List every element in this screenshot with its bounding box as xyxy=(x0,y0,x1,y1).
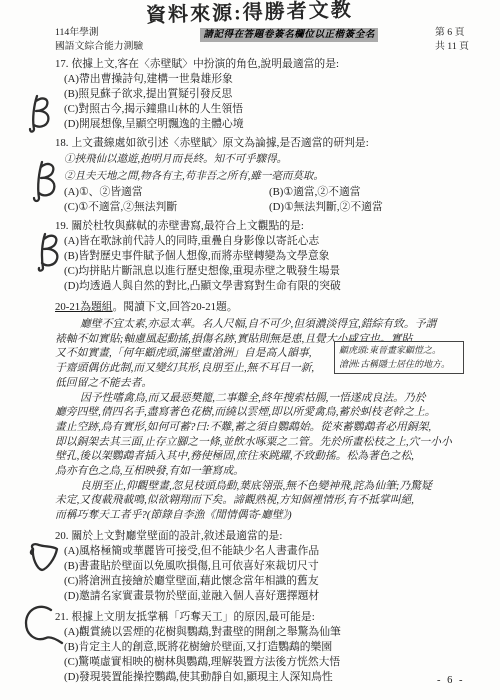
options: (A)皆在歌詠前代詩人的同時,重疊自身影像以寄託心志 (B)皆對歷史事件賦予個人… xyxy=(55,234,469,294)
page-header: 114年學測 國語文綜合能力測驗 請記得在答題卷簽名欄位以正楷簽全名 第 6 頁… xyxy=(55,26,469,53)
question-text: 上文畫線處如欲引述〈赤壁賦〉原文為論據,是否適當的研判是: xyxy=(72,137,369,149)
option-c: (C)①不適當,②無法判斷 xyxy=(64,200,269,215)
passage-line: 未定,又復載飛載鳴,似欲翱翔而下矣。諦觀熟視,方知個裡情形,有不抵掌叫絕, xyxy=(55,493,469,508)
question-18: 18.上文畫線處如欲引述〈赤壁賦〉原文為論據,是否適當的研判是: ①挾飛仙以遨遊… xyxy=(55,136,469,215)
question-number: 17. xyxy=(55,58,69,70)
option-d: (D)均透過人與自然的對比,凸顯文學書寫對生命有限的突破 xyxy=(64,279,469,294)
options: (A)觀賞繞以雲煙的花樹與鸚鵡,對畫壁的開創之舉驚為仙筆 (B)肯定主人的創意,… xyxy=(55,625,469,685)
passage-line: 廳旁四壁,倩四名手,盡寫著色花樹,而繞以雲煙,即以所愛禽鳥,蓄於虯枝老幹之上。 xyxy=(55,405,469,420)
question-stem: 21.根據上文朋友抵掌稱「巧奪天工」的原因,最可能是: xyxy=(55,610,469,625)
page-count: 第 6 頁 共 11 頁 xyxy=(435,26,469,53)
question-text: 根據上文朋友抵掌稱「巧奪天工」的原因,最可能是: xyxy=(72,611,315,623)
question-group-header: 20-21為題組。閱讀下文,回答20-21題。 xyxy=(55,300,469,315)
question-stem: 20.關於上文對廳堂壁面的設計,敘述最適當的是: xyxy=(55,529,469,544)
passage-line: 低回留之不能去者。 xyxy=(55,376,469,391)
signature-notice: 請記得在答題卷簽名欄位以正楷簽全名 xyxy=(200,28,378,42)
exam-year: 114年學測 xyxy=(55,26,143,40)
scanned-exam-page: 資料來源:得勝者文教 114年學測 國語文綜合能力測驗 請記得在答題卷簽名欄位以… xyxy=(0,0,500,700)
question-17: 17.依據上文,客在〈赤壁賦〉中扮演的角色,說明最適當的是: (A)帶出曹操詩句… xyxy=(55,57,469,132)
handwritten-answer-q19-B xyxy=(34,230,66,274)
question-number: 18. xyxy=(55,137,69,149)
option-c: (C)對照古今,揭示鐘鼎山林的人生領悟 xyxy=(64,102,469,117)
option-d: (D)開展想像,呈顯空明飄逸的主體心境 xyxy=(64,117,469,132)
question-text: 關於上文對廳堂壁面的設計,敘述最適當的是: xyxy=(72,530,283,542)
option-a: (A)風格極簡或華麗皆可接受,但不能缺少名人書畫作品 xyxy=(64,544,469,559)
question-19: 19.關於杜牧與蘇軾的赤壁書寫,最符合上文觀點的是: (A)皆在歌詠前代詩人的同… xyxy=(55,219,469,294)
handwritten-answer-q21-C xyxy=(20,603,64,649)
options: (A)帶出曹操詩句,建構一世梟雄形象 (B)照見蘇子欲求,提出質疑引發反思 (C… xyxy=(55,72,469,132)
question-text: 依據上文,客在〈赤壁賦〉中扮演的角色,說明最適當的是: xyxy=(72,58,340,70)
question-stem: 18.上文畫線處如欲引述〈赤壁賦〉原文為論據,是否適當的研判是: xyxy=(55,136,469,151)
group-instruction: 。閱讀下文,回答20-21題。 xyxy=(113,301,238,313)
group-label: 20-21為題組 xyxy=(55,301,113,313)
quoted-passages: ①挾飛仙以遨遊,抱明月而長終。知不可乎驟得。 ②且夫天地之間,物各有主,苟非吾之… xyxy=(55,151,469,185)
option-b: (B)①適當,②不適當 xyxy=(269,185,469,200)
options: (A)風格極簡或華麗皆可接受,但不能缺少名人書畫作品 (B)書畫貼於壁面以免風吹… xyxy=(55,544,469,604)
question-stem: 17.依據上文,客在〈赤壁賦〉中扮演的角色,說明最適當的是: xyxy=(55,57,469,72)
option-a: (A)觀賞繞以雲煙的花樹與鸚鵡,對畫壁的開創之舉驚為仙筆 xyxy=(64,625,469,640)
quote-1: ①挾飛仙以遨遊,抱明月而長終。知不可乎驟得。 xyxy=(64,151,469,168)
question-stem: 19.關於杜牧與蘇軾的赤壁書寫,最符合上文觀點的是: xyxy=(55,219,469,234)
handwritten-source-note: 資料來源:得勝者文教 xyxy=(146,0,353,28)
option-d: (D)發現裝置能操控鸚鵡,使其動靜自如,顯現主人深知鳥性 xyxy=(64,670,469,685)
option-b: (B)書畫貼於壁面以免風吹損傷,且可依喜好來裁切尺寸 xyxy=(64,559,469,574)
page-number-footer: - 6 - xyxy=(437,675,465,686)
option-a: (A)①、②皆適當 xyxy=(64,185,269,200)
option-b: (B)肯定主人的創意,既將花樹繪於壁面,又打造鸚鵡的樂園 xyxy=(64,640,469,655)
question-text: 關於杜牧與蘇軾的赤壁書寫,最符合上文觀點的是: xyxy=(72,220,304,232)
passage-line: 即以銅架去其三面,止存立腳之一條,並飲水啄粟之二管。先於所畫松枝之上,穴一小小 xyxy=(55,435,469,450)
question-21: 21.根據上文朋友抵掌稱「巧奪天工」的原因,最可能是: (A)觀賞繞以雲煙的花樹… xyxy=(55,610,469,685)
exam-subject: 國語文綜合能力測驗 xyxy=(55,40,143,54)
passage-line: 廳壁不宜太素,亦忌太華。名人尺幅,自不可少,但須濃淡得宜,錯綜有致。予謂 xyxy=(55,317,469,332)
option-b: (B)照見蘇子欲求,提出質疑引發反思 xyxy=(64,87,469,102)
handwritten-answer-q17-B xyxy=(26,93,56,133)
passage-line: 良朋至止,仰觀壁畫,忽見枝頭鳥動,葉底翎張,無不色變神飛,詫為仙筆;乃驚疑 xyxy=(55,479,469,494)
option-d: (D)①無法判斷,②不適當 xyxy=(269,200,469,215)
passage-gloss-box: 顧虎頭:東晉畫家顧愷之。 滄洲:古稱隱士居住的地方。 xyxy=(334,341,464,374)
option-c: (C)驚嘆虛實相映的樹林與鸚鵡,理解裝置方法後方恍然大悟 xyxy=(64,655,469,670)
exam-title-block: 114年學測 國語文綜合能力測驗 xyxy=(55,26,143,53)
option-a: (A)皆在歌詠前代詩人的同時,重疊自身影像以寄託心志 xyxy=(64,234,469,249)
option-c: (C)將滄洲直接繪於廳堂壁面,藉此懷念當年相識的舊友 xyxy=(64,574,469,589)
gloss-line-1: 顧虎頭:東晉畫家顧愷之。 xyxy=(339,344,459,358)
option-d: (D)邀請名家實畫景物於壁面,並融入個人喜好選擇題材 xyxy=(64,589,469,604)
option-b: (B)皆對歷史事件賦予個人想像,而將赤壁轉變為文學意象 xyxy=(64,249,469,264)
question-20: 20.關於上文對廳堂壁面的設計,敘述最適當的是: (A)風格極簡或華麗皆可接受,… xyxy=(55,529,469,604)
passage-line: 畫止空跡,鳥有實形,如何可蓄?曰:不難,蓄之須自鸚鵡始。從來蓄鸚鵡者必用銅架, xyxy=(55,420,469,435)
handwritten-answer-q18-B xyxy=(30,158,64,204)
quote-2: ②且夫天地之間,物各有主,苟非吾之所有,雖一毫而莫取。 xyxy=(64,168,469,185)
options: (A)①、②皆適當 (B)①適當,②不適當 (C)①不適當,②無法判斷 (D)①… xyxy=(55,185,469,215)
passage-line: 壁孔,後以架鸚鵡者插入其中,務使極固,庶往來跳躍,不致動搖。松為著色之松, xyxy=(55,449,469,464)
passage-line: 而稱巧奪天工者乎?(節錄自李漁《閒情偶寄·廳壁》) xyxy=(55,508,469,523)
gloss-line-2: 滄洲:古稱隱士居住的地方。 xyxy=(339,358,459,372)
option-a: (A)帶出曹操詩句,建構一世梟雄形象 xyxy=(64,72,469,87)
passage-line: 因予性嗜禽鳥,而又最惡樊籠,二事難全,終年搜索枯腸,一悟遂成良法。乃於 xyxy=(55,391,469,406)
passage-line: 鳥亦有色之鳥,互相映發,有如一筆寫成。 xyxy=(55,464,469,479)
option-c: (C)均拼貼片斷訊息以進行歷史想像,重現赤壁之戰發生場景 xyxy=(64,264,469,279)
handwritten-answer-q20-D xyxy=(25,541,63,577)
